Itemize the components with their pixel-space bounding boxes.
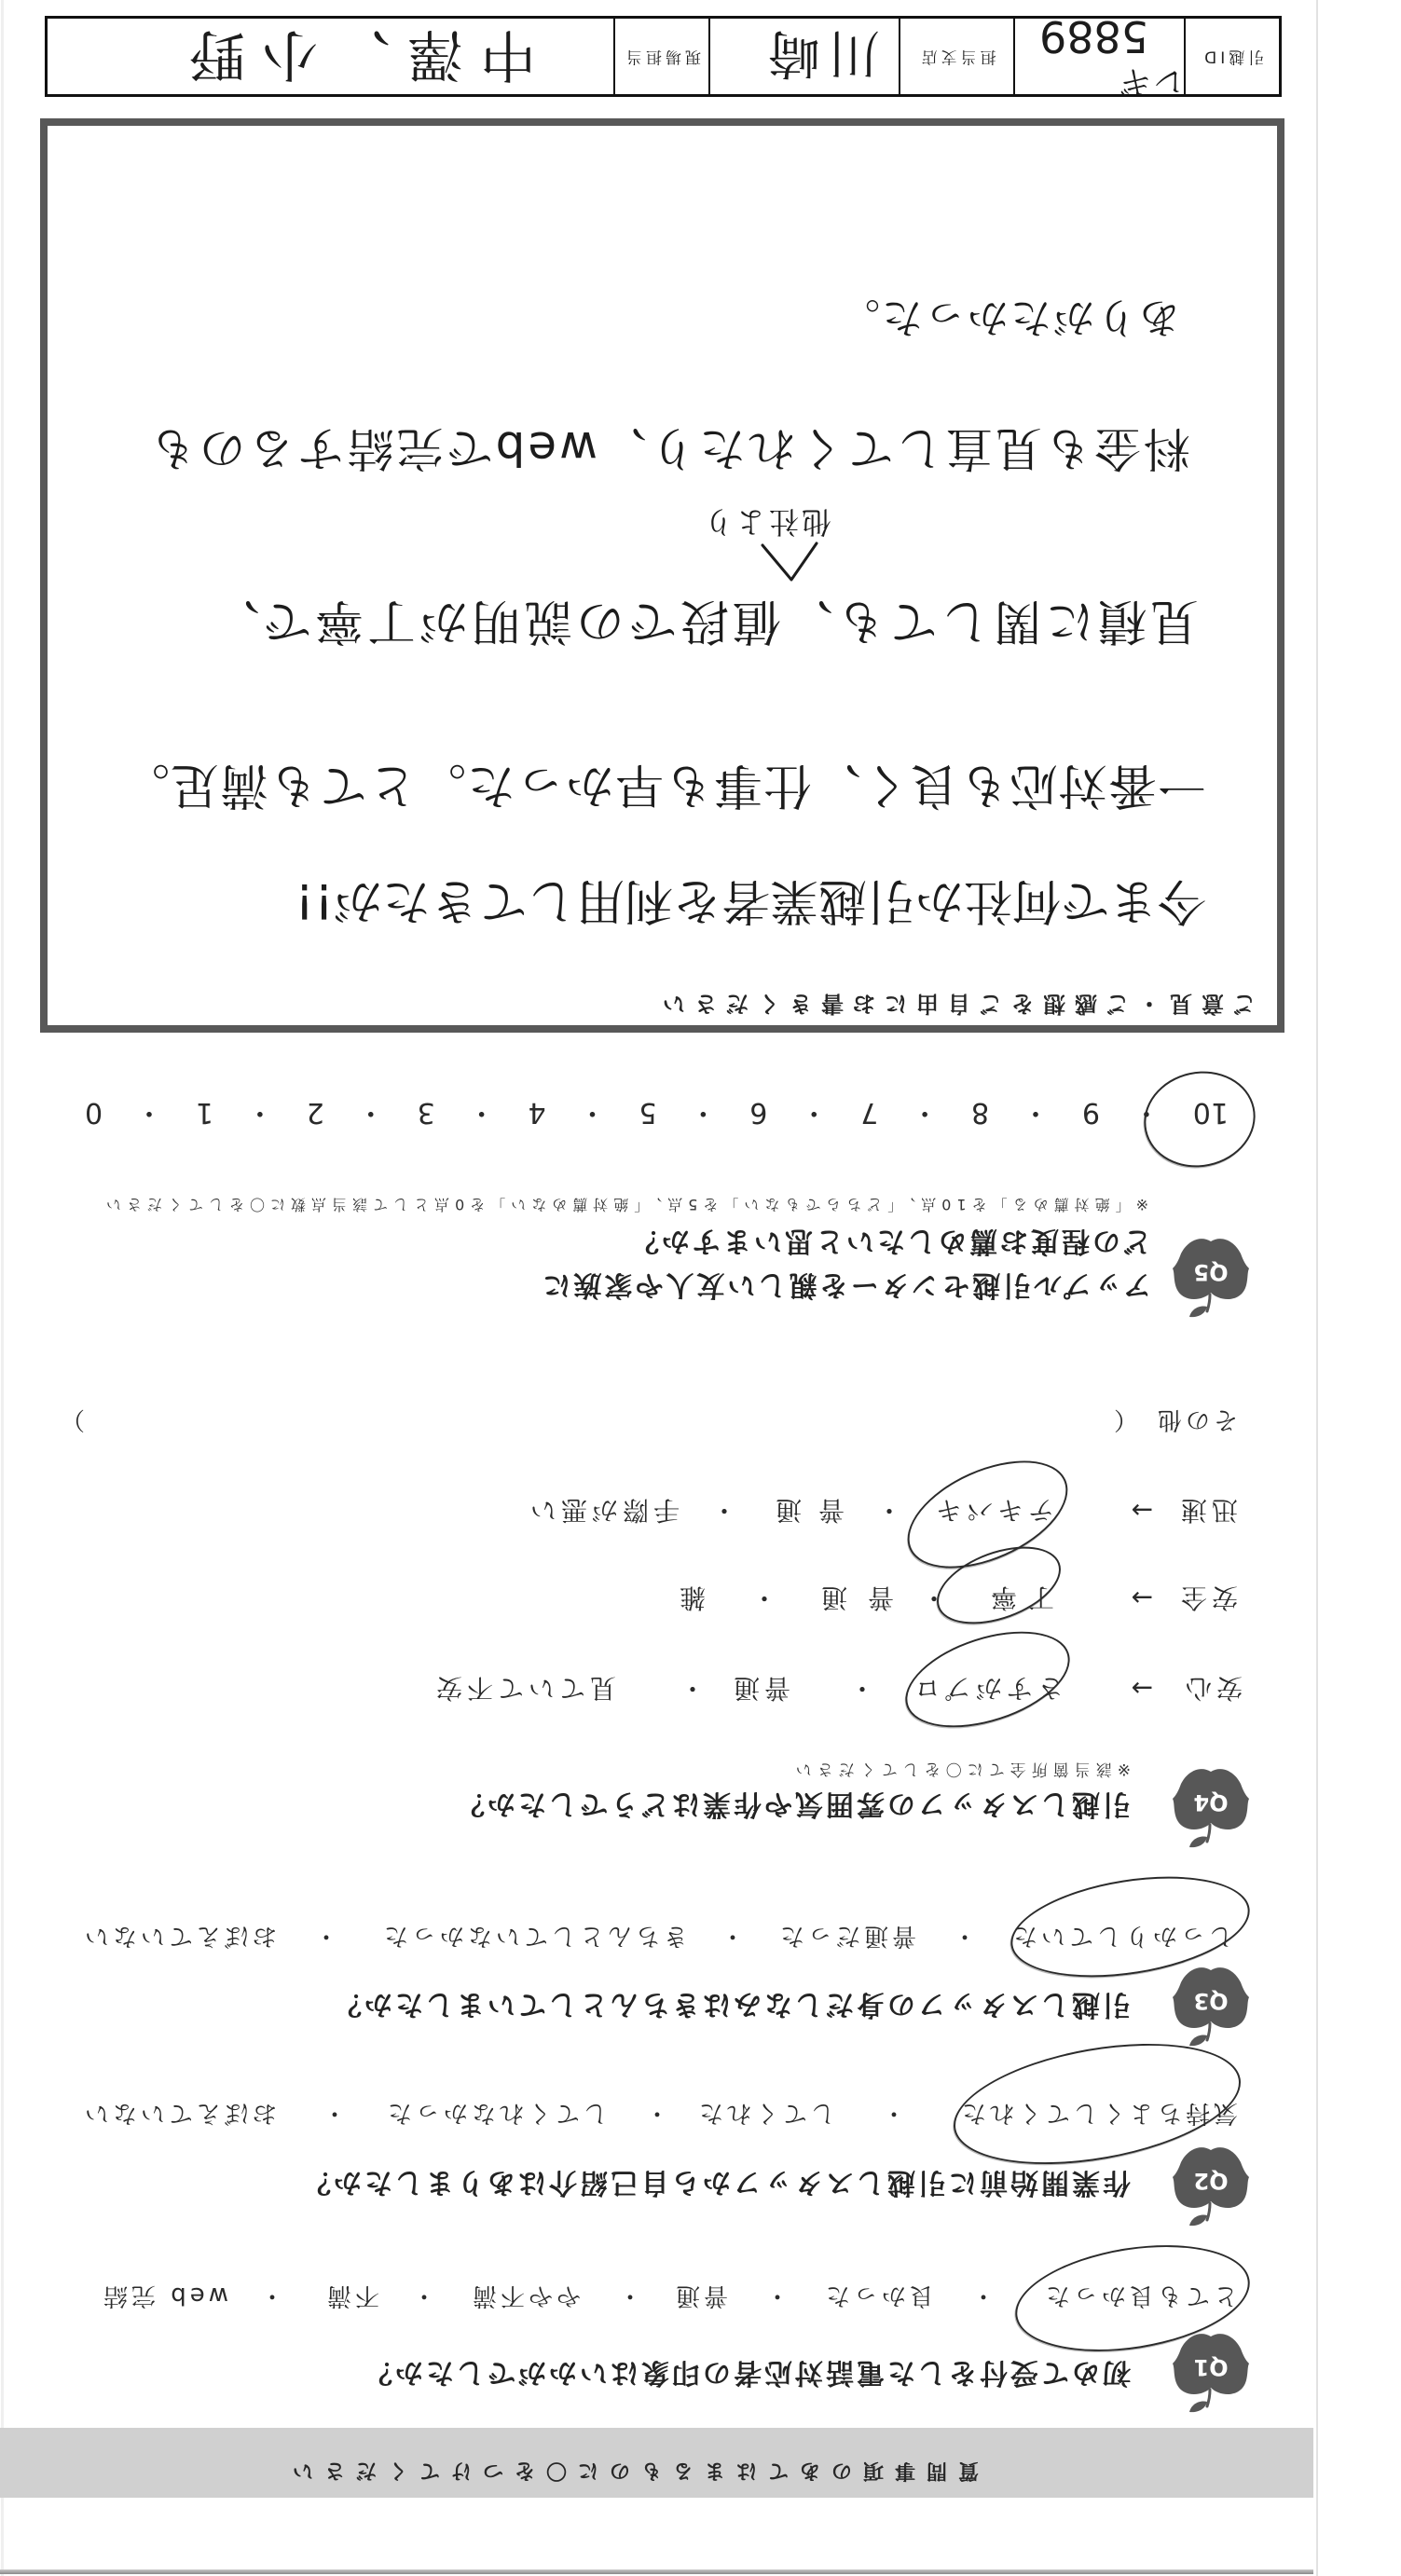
q5-selection-circle: [1135, 1062, 1265, 1178]
option-separator: ・: [256, 2283, 284, 2308]
q1-question: 初めて受付をした電話対応者の印象はいかがでしたか？: [362, 2358, 1131, 2386]
q5-question-line2: どの程度お薦めしたいと思いますか？: [628, 1226, 1151, 1254]
q4-option: 普通: [759, 1497, 845, 1523]
q2-option: してくれた: [695, 2101, 835, 2125]
branch-label: 担当支店: [900, 48, 1013, 64]
option-separator: ・: [579, 1098, 607, 1126]
q1-option: 不満: [323, 2283, 379, 2308]
q1-option: 普通: [672, 2283, 728, 2308]
q4-anshin-selection-circle: [894, 1613, 1082, 1746]
handwritten-comment-line: 今まで何社か引越業者を利用してきたが!!: [295, 876, 1206, 925]
q1-option: 良かった: [822, 2283, 934, 2308]
id-value-line2: 5889: [1039, 15, 1148, 58]
handwritten-insertion: 他社より: [701, 507, 831, 537]
arrow-right-icon: →: [1127, 1675, 1153, 1701]
score-option: 7: [860, 1098, 878, 1126]
score-option: 3: [418, 1098, 435, 1126]
option-separator: ・: [614, 2283, 642, 2308]
option-separator: ・: [310, 1924, 338, 1948]
q4-row-label: 迅速: [1176, 1497, 1238, 1523]
q2-badge-label: Q2: [1171, 2170, 1251, 2192]
id-value-line1: レギ: [1118, 65, 1185, 97]
page-edge-left: [1316, 0, 1318, 2576]
q4-other-open-paren: （: [1110, 1407, 1138, 1432]
option-separator: ・: [135, 1098, 163, 1126]
option-separator: ・: [641, 2101, 669, 2125]
q5-badge: Q5: [1171, 1237, 1251, 1319]
q4-option: 手際が悪い: [526, 1497, 680, 1523]
page-edge-top: [0, 2569, 1313, 2574]
staff-label: 現場担当: [615, 48, 708, 64]
option-separator: ・: [911, 1098, 939, 1126]
option-separator: ・: [707, 1497, 737, 1523]
option-separator: ・: [717, 1924, 745, 1948]
q4-option: 見ていて不安: [432, 1675, 616, 1701]
insertion-caret-icon: [760, 541, 819, 582]
option-separator: ・: [878, 2101, 906, 2125]
option-separator: ・: [949, 1924, 977, 1948]
q2-option: おぼえていない: [81, 2101, 277, 2125]
option-separator: ・: [800, 1098, 828, 1126]
option-separator: ・: [246, 1098, 274, 1126]
q5-note: ※「絶対薦める」を10点、「どちらでもない」を5点、「絶対薦めない」を0点として…: [101, 1197, 1148, 1212]
q4-option: 普通: [801, 1584, 894, 1610]
option-separator: ・: [357, 1098, 385, 1126]
option-separator: ・: [845, 1675, 875, 1701]
q4-note: ※該当箇所全てに〇をしてください: [790, 1761, 1131, 1776]
q5-question-line1: アップル引越センターを親しい友人や家族に: [541, 1270, 1152, 1298]
staff-value: 中澤、小野: [172, 26, 536, 82]
option-separator: ・: [468, 1098, 496, 1126]
q3-badge: Q3: [1171, 1966, 1251, 2048]
q4-badge: Q4: [1171, 1767, 1251, 1849]
q4-other-close-paren: ）: [57, 1407, 85, 1432]
arrow-right-icon: →: [1127, 1584, 1153, 1610]
q3-option: おぼえていない: [81, 1924, 277, 1948]
handwritten-comment-line: 料金も見直してくれたり、webで完結するのも: [147, 425, 1190, 472]
branch-label-cell: 担当支店: [899, 19, 1013, 94]
page-edge-right: [1, 0, 4, 2576]
q4-option: 雑: [675, 1584, 706, 1610]
comment-box-heading: ご意見・ご感想をご自由にお書きください: [653, 993, 1256, 1015]
branch-value: 川崎: [761, 26, 880, 78]
q3-option: きちんとしていなかった: [380, 1924, 688, 1948]
survey-sheet: 質問事項のあてはまるものに〇をつけてください Q1 初めて受付をした電話対応者の…: [0, 0, 1401, 2576]
option-separator: ・: [762, 2283, 790, 2308]
q4-question: 引越しスタッフの雰囲気や作業はどうでしたか？: [454, 1789, 1131, 1817]
id-label: 引越ID: [1186, 48, 1279, 64]
option-separator: ・: [747, 1584, 777, 1610]
q4-row-label: 安全: [1176, 1584, 1238, 1610]
id-label-cell: 引越ID: [1184, 19, 1279, 94]
q5-badge-label: Q5: [1171, 1261, 1251, 1283]
handwritten-comment-line: 一番対応も良く、仕事も早かった。とても満足。: [120, 760, 1206, 809]
q2-question: 作業開始前に引越しスタッフから自己紹介はありましたか？: [300, 2168, 1131, 2196]
q4-option: 普通: [729, 1675, 790, 1701]
q3-question: 引越しスタッフの身だしなみはきちんとしていましたか？: [331, 1990, 1131, 2018]
score-option: 0: [85, 1098, 103, 1126]
score-option: 9: [1082, 1098, 1100, 1126]
score-option: 4: [529, 1098, 546, 1126]
q2-badge: Q2: [1171, 2145, 1251, 2227]
score-option: 8: [971, 1098, 989, 1126]
option-separator: ・: [968, 2283, 996, 2308]
q3-option: 普通だった: [776, 1924, 916, 1948]
q4-row-label: 安心: [1181, 1675, 1243, 1701]
option-separator: ・: [872, 1497, 902, 1523]
option-separator: ・: [319, 2101, 347, 2125]
q4-other-label: その他: [1154, 1407, 1238, 1432]
q2-option: してくれなかった: [384, 2101, 608, 2125]
handwritten-comment-line: ありがたかった。: [837, 296, 1180, 337]
option-separator: ・: [689, 1098, 717, 1126]
q4-badge-label: Q4: [1171, 1791, 1251, 1814]
option-separator: ・: [1022, 1098, 1050, 1126]
staff-label-cell: 現場担当: [613, 19, 708, 94]
instruction-text: 質問事項のあてはまるものに〇をつけてください: [282, 2460, 979, 2480]
q1-badge-label: Q1: [1171, 2356, 1251, 2378]
q1-option: web 完結: [100, 2283, 228, 2308]
q5-score-scale: 10 ・ 9 ・ 8 ・ 7 ・ 6 ・ 5 ・ 4 ・ 3 ・ 2 ・ 1 ・…: [85, 1098, 1229, 1126]
handwritten-comment-line: 見積に関しても、値段での説明が丁寧で、: [208, 596, 1199, 645]
option-separator: ・: [408, 2283, 436, 2308]
score-option: 6: [749, 1098, 767, 1126]
q1-option: やや不満: [469, 2283, 581, 2308]
score-option: 5: [639, 1098, 656, 1126]
score-option: 1: [196, 1098, 213, 1126]
option-separator: ・: [675, 1675, 706, 1701]
score-option: 2: [307, 1098, 324, 1126]
arrow-right-icon: →: [1127, 1497, 1153, 1523]
q3-badge-label: Q3: [1171, 1990, 1251, 2012]
q1-badge: Q1: [1171, 2332, 1251, 2414]
